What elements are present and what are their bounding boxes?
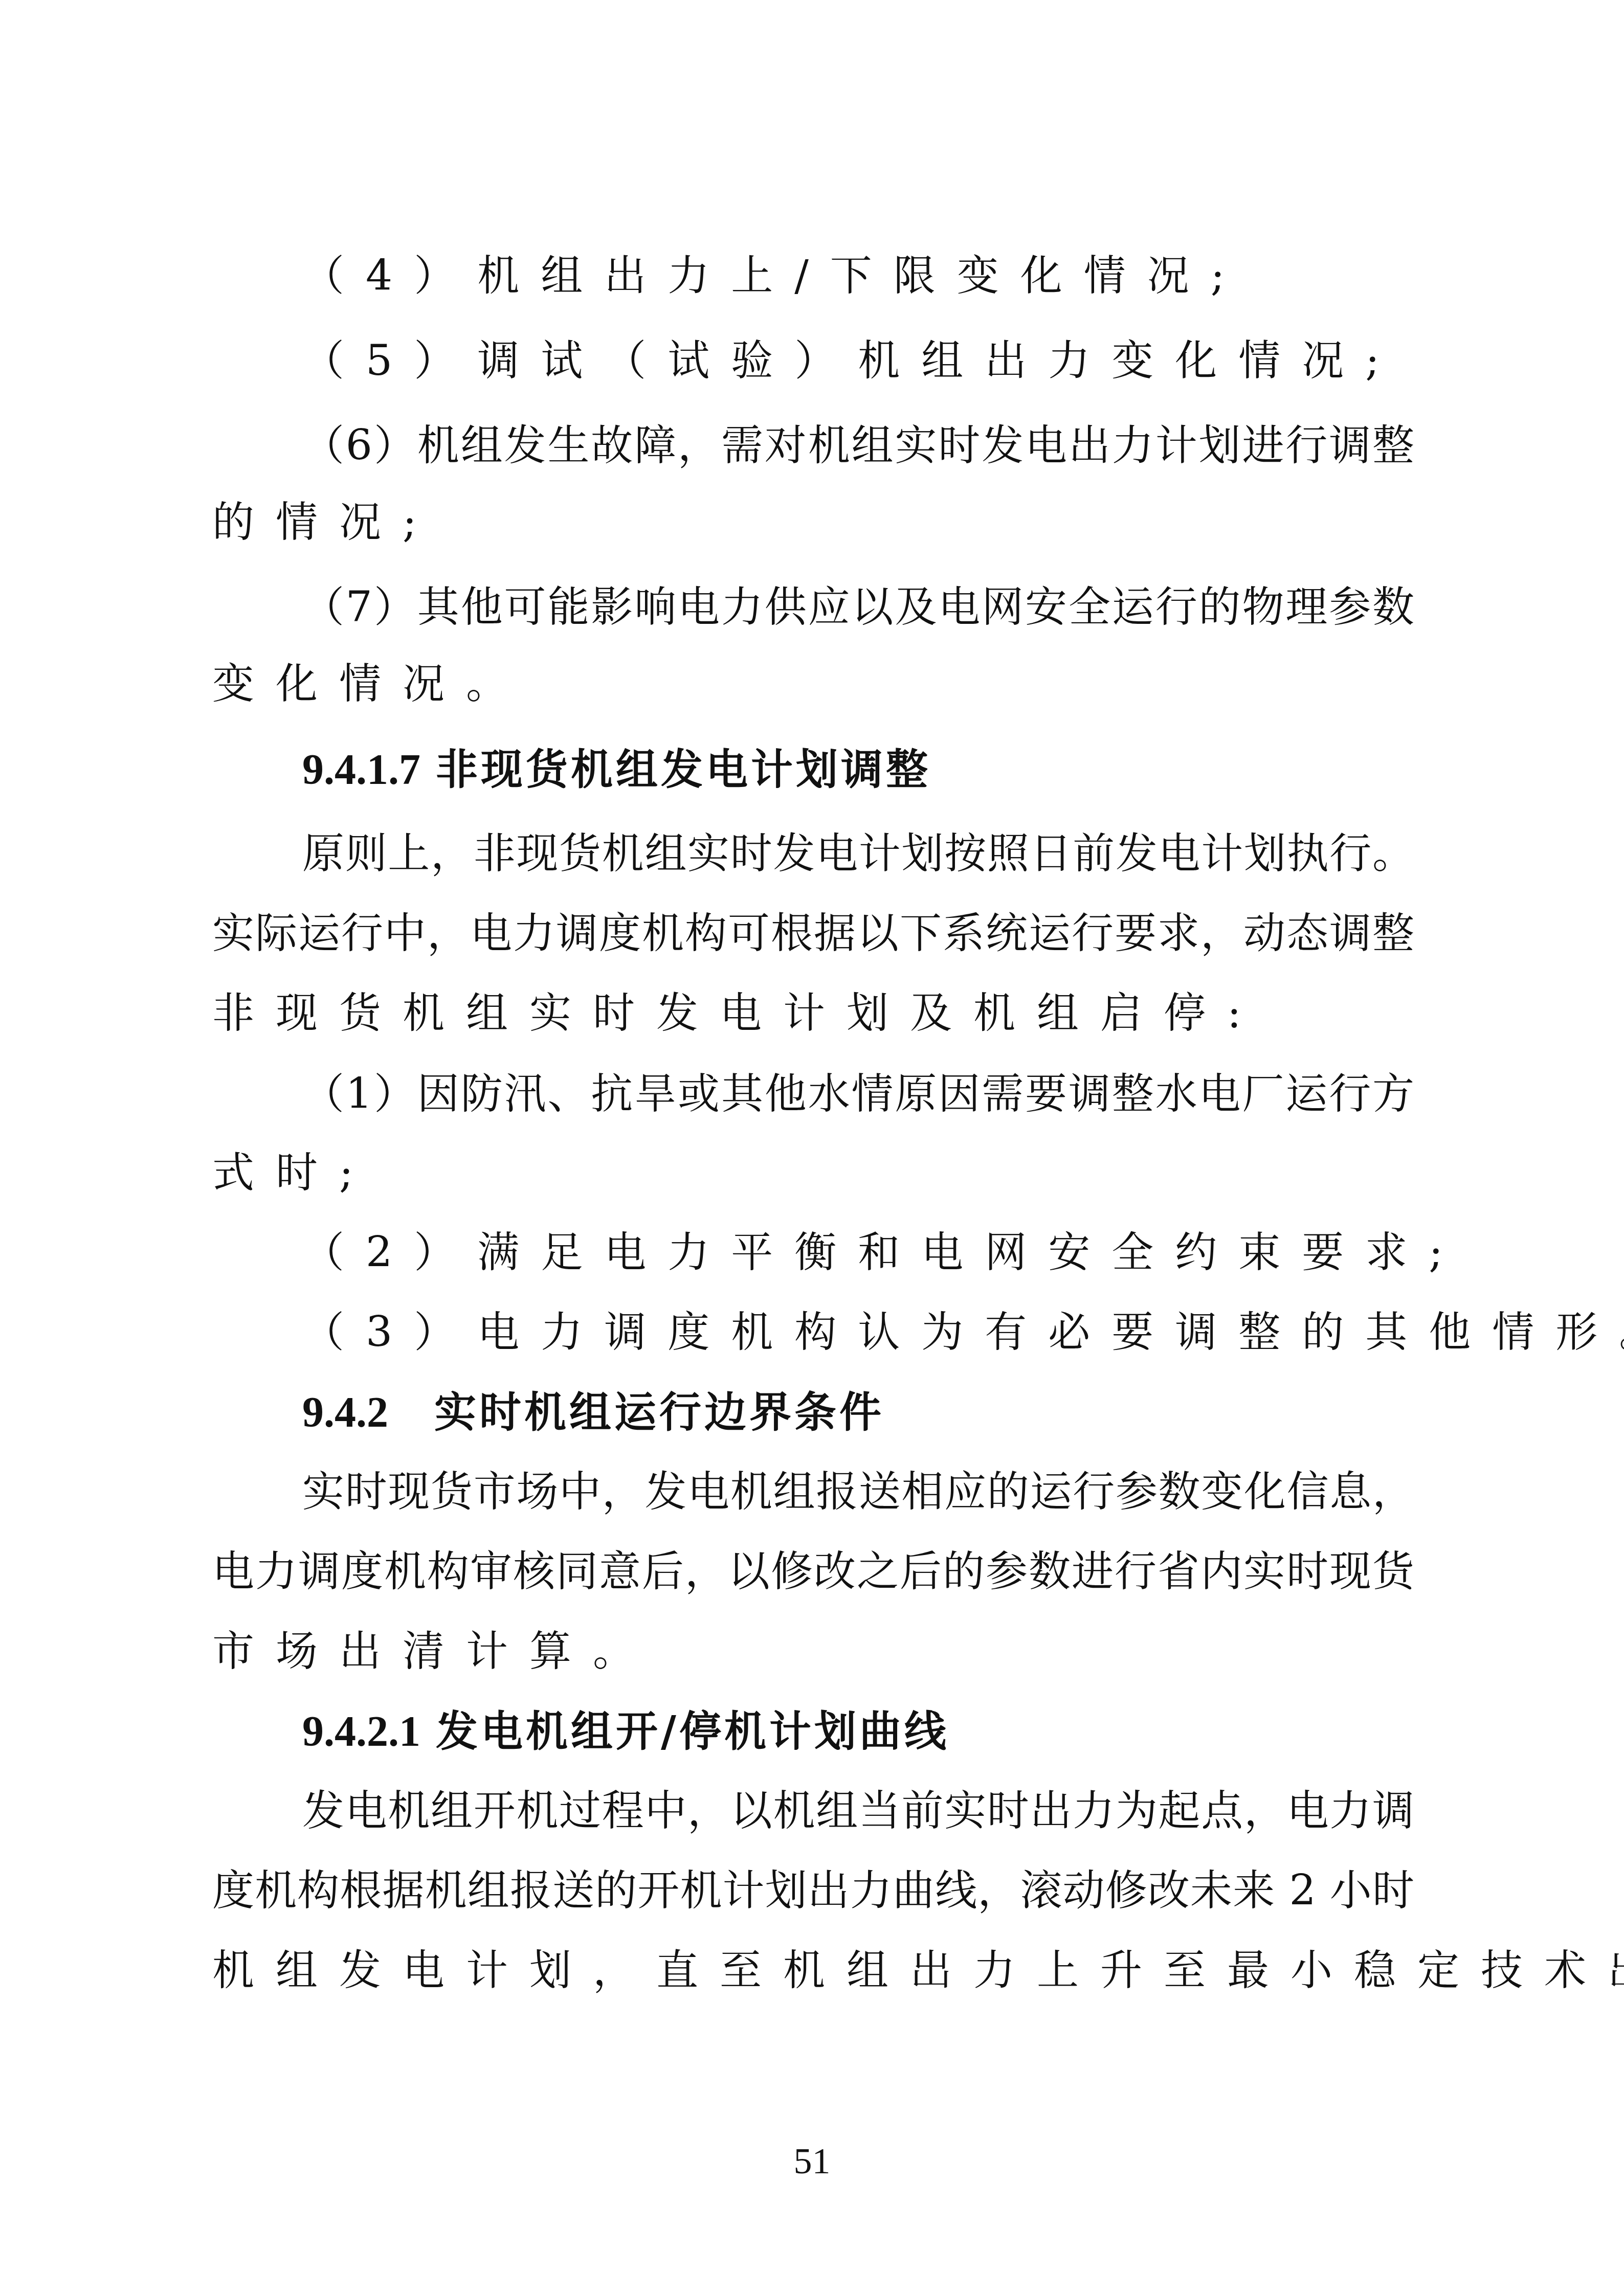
list-item-1-line-1: （1）因防汛、抗旱或其他水情原因需要调整水电厂运行方 <box>212 1069 1414 1120</box>
heading-number: 9.4.2.1 <box>302 1708 420 1755</box>
list-item-4: （4）机组出力上/下限变化情况; <box>212 251 1414 302</box>
page-number: 51 <box>0 2140 1624 2182</box>
list-item-7-line-1: （7）其他可能影响电力供应以及电网安全运行的物理参数 <box>212 582 1414 633</box>
heading-title: 发电机组开/停机计划曲线 <box>436 1707 949 1756</box>
list-item-7-line-2: 变化情况。 <box>212 659 1414 710</box>
list-item-5: （5）调试（试验）机组出力变化情况; <box>212 335 1414 387</box>
paragraph-line: 实时现货市场中，发电机组报送相应的运行参数变化信息， <box>212 1467 1414 1518</box>
heading-9-4-2-1: 9.4.2.1发电机组开/停机计划曲线 <box>212 1706 1414 1758</box>
heading-9-4-1-7: 9.4.1.7非现货机组发电计划调整 <box>212 744 1414 796</box>
list-item-6-line-1: （6）机组发生故障，需对机组实时发电出力计划进行调整 <box>212 420 1414 471</box>
paragraph-line: 市场出清计算。 <box>212 1626 1414 1677</box>
paragraph-line: 发电机组开机过程中，以机组当前实时出力为起点，电力调 <box>212 1786 1414 1837</box>
paragraph-line: 实际运行中，电力调度机构可根据以下系统运行要求，动态调整 <box>212 908 1414 959</box>
paragraph-line: 度机构根据机组报送的开机计划出力曲线，滚动修改未来 2 小时 <box>212 1865 1414 1917</box>
paragraph-line: 电力调度机构审核同意后，以修改之后的参数进行省内实时现货 <box>212 1546 1414 1597</box>
list-item-1-line-2: 式时; <box>212 1147 1414 1199</box>
paragraph-line: 原则上，非现货机组实时发电计划按照日前发电计划执行。 <box>212 828 1414 880</box>
heading-9-4-2: 9.4.2实时机组运行边界条件 <box>212 1387 1414 1438</box>
heading-title: 实时机组运行边界条件 <box>434 1388 884 1437</box>
heading-number: 9.4.1.7 <box>302 746 420 794</box>
heading-title: 非现货机组发电计划调整 <box>436 745 931 794</box>
list-item-3: （3）电力调度机构认为有必要调整的其他情形。 <box>212 1307 1414 1358</box>
paragraph-line: 机组发电计划，直至机组出力上升至最小稳定技术出力。 <box>212 1945 1414 1996</box>
list-item-6-line-2: 的情况; <box>212 497 1414 548</box>
paragraph-line: 非现货机组实时发电计划及机组启停: <box>212 988 1414 1039</box>
heading-number: 9.4.2 <box>302 1389 388 1436</box>
list-item-2: （2）满足电力平衡和电网安全约束要求; <box>212 1227 1414 1278</box>
